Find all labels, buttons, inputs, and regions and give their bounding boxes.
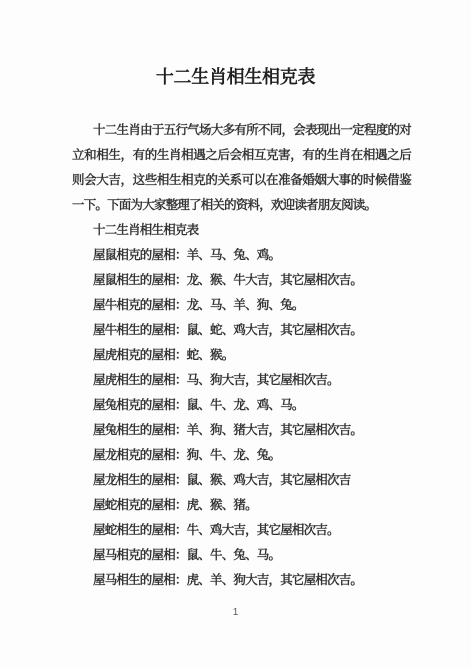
list-item-dragon-ke: 屋龙相克的屋相：狗、牛、龙、兔。 (93, 443, 433, 468)
list-item-horse-ke: 屋马相克的屋相：鼠、牛、兔、马。 (93, 543, 433, 568)
list-item-snake-ke: 屋蛇相克的屋相：虎、猴、猪。 (93, 493, 433, 518)
list-item-rat-ke: 屋鼠相克的屋相：羊、马、兔、鸡。 (93, 243, 433, 268)
intro-paragraph: 十二生肖由于五行气场大多有所不同，会表现出一定程度的对立和相生，有的生肖相遇之后… (72, 118, 411, 218)
list-item-ox-ke: 屋牛相克的屋相：龙、马、羊、狗、兔。 (93, 293, 433, 318)
list-item-horse-sheng: 屋马相生的屋相：虎、羊、狗大吉，其它屋相次吉。 (93, 568, 433, 593)
list-item-rabbit-ke: 屋兔相克的屋相：鼠、牛、龙、鸡、马。 (93, 393, 433, 418)
page-title: 十二生肖相生相克表 (0, 0, 471, 88)
list-item-rat-sheng: 屋鼠相生的屋相：龙、猴、牛大吉，其它屋相次吉。 (93, 268, 433, 293)
list-item-dragon-sheng: 屋龙相生的屋相：鼠、猴、鸡大吉，其它屋相次吉 (93, 468, 433, 493)
list-item-tiger-sheng: 屋虎相生的屋相：马、狗大吉，其它屋相次吉。 (93, 368, 433, 393)
list-item-ox-sheng: 屋牛相生的屋相：鼠、蛇、鸡大吉，其它屋相次吉。 (93, 318, 433, 343)
zodiac-list: 十二生肖相生相克表 屋鼠相克的屋相：羊、马、兔、鸡。 屋鼠相生的屋相：龙、猴、牛… (93, 218, 433, 593)
list-heading: 十二生肖相生相克表 (93, 218, 433, 243)
list-item-snake-sheng: 屋蛇相生的屋相：牛、鸡大吉，其它屋相次吉。 (93, 518, 433, 543)
list-item-rabbit-sheng: 屋兔相生的屋相：羊、狗、猪大吉，其它屋相次吉。 (93, 418, 433, 443)
list-item-tiger-ke: 屋虎相克的屋相：蛇、猴。 (93, 343, 433, 368)
document-page: 十二生肖相生相克表 十二生肖由于五行气场大多有所不同，会表现出一定程度的对立和相… (0, 0, 471, 667)
page-number: 1 (0, 606, 471, 620)
